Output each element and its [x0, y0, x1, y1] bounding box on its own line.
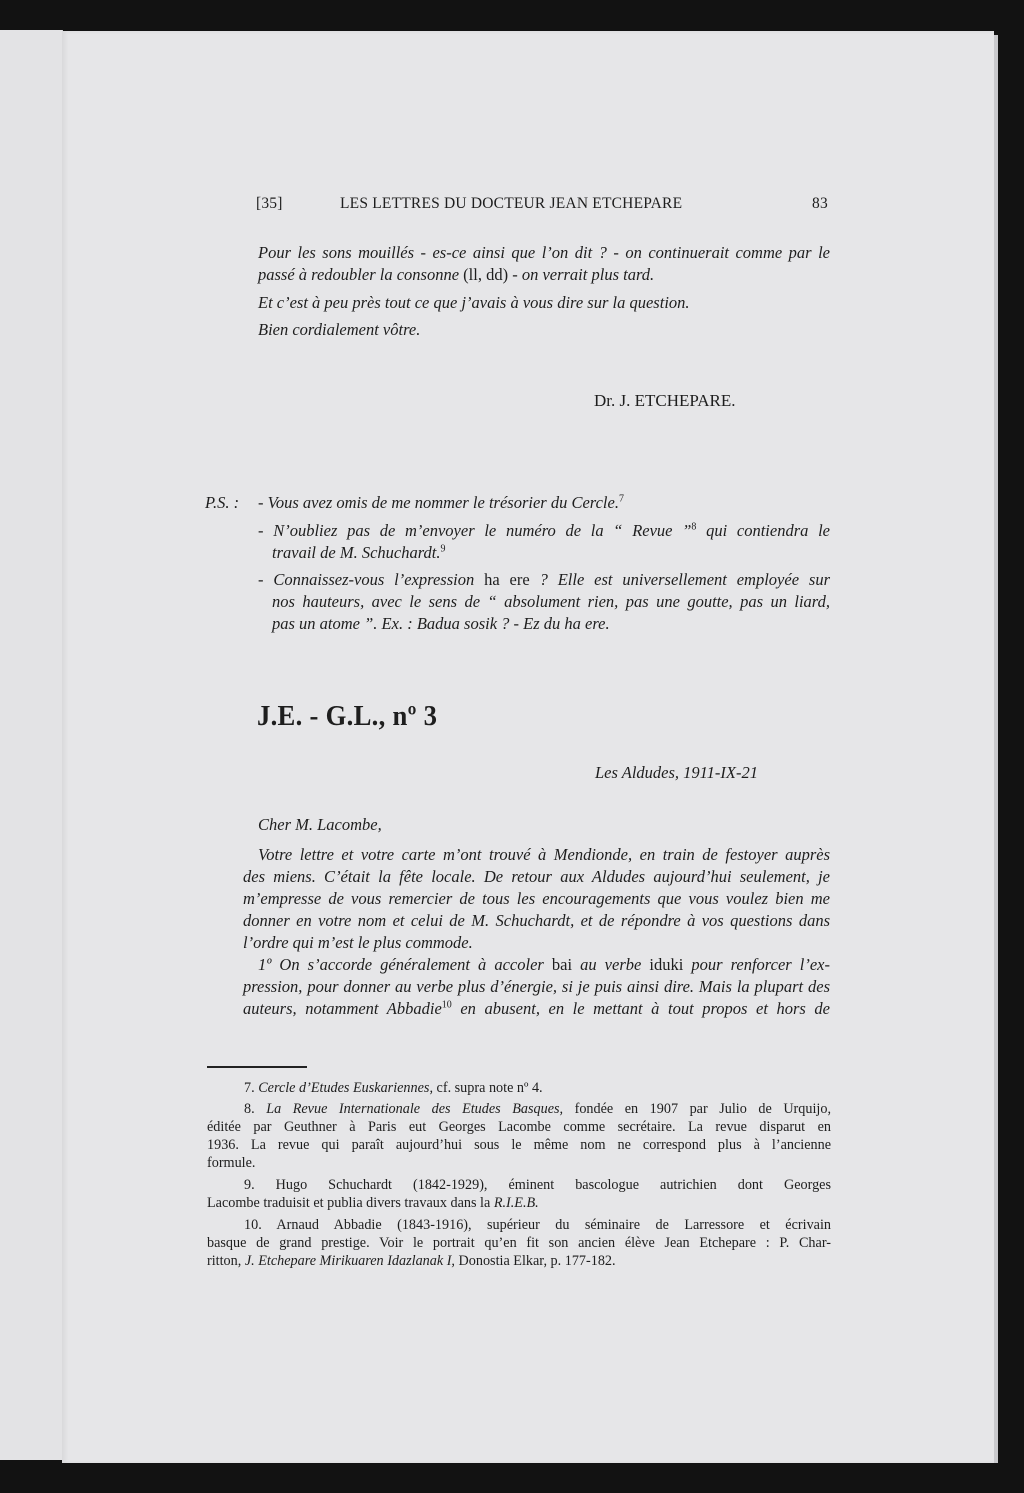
- body-line: Et c’est à peu près tout ce que j’avais …: [258, 293, 690, 313]
- footnote-8-cont: 1936. La revue qui paraît aujourd’hui so…: [207, 1137, 831, 1154]
- body-line: Pour les sons mouillés - es-ce ainsi que…: [258, 243, 830, 263]
- body-line: donner en votre nom et celui de M. Schuc…: [243, 911, 830, 931]
- page-bracket-number: [35]: [256, 195, 283, 213]
- text-span: cf. supra note nº 4.: [433, 1080, 543, 1096]
- text-span: 7.: [244, 1080, 258, 1096]
- text-span: Donostia Elkar, p. 177-182.: [455, 1253, 616, 1269]
- ps-label: P.S. :: [205, 493, 239, 513]
- text-span: - Vous avez omis de me nommer le trésori…: [258, 493, 619, 512]
- text-span: au verbe: [572, 955, 649, 974]
- text-span: - Connaissez-vous l’expression: [258, 570, 484, 589]
- body-line: passé à redoubler la consonne (ll, dd) -…: [258, 265, 654, 285]
- text-span: fondée en 1907 par Julio de Urquijo,: [563, 1101, 831, 1117]
- facing-page-edge: [0, 30, 63, 1460]
- ps-item-cont: nos hauteurs, avec le sens de “ absolume…: [272, 592, 830, 612]
- ps-item-cont: pas un atome ”. Ex. : Badua sosik ? - Ez…: [272, 614, 610, 634]
- text-span: - on verrait plus tard.: [512, 265, 654, 284]
- text-span: en abusent, en le mettant à tout propos …: [452, 999, 830, 1018]
- text-span: auteurs, notamment Abbadie: [243, 999, 442, 1018]
- text-span: J. Etchepare Mirikuaren Idazlanak I,: [245, 1253, 455, 1269]
- footnote-8: 8. La Revue Internationale des Etudes Ba…: [244, 1101, 831, 1118]
- footnote-10-cont: ritton, J. Etchepare Mirikuaren Idazlana…: [207, 1253, 616, 1270]
- text-span: Lacombe traduisit et publia divers trava…: [207, 1195, 494, 1211]
- ps-item-cont: travail de M. Schuchardt.9: [272, 543, 445, 563]
- text-span: Cercle d’Etudes Euskariennes,: [258, 1080, 433, 1096]
- footnote-ref: 10: [442, 1000, 452, 1011]
- place-date: Les Aldudes, 1911-IX-21: [595, 763, 758, 783]
- text-span: 1º On s’accorde généralement à accoler: [258, 955, 552, 974]
- text-span: La Revue Internationale des Etudes Basqu…: [266, 1101, 563, 1117]
- body-line: Votre lettre et votre carte m’ont trouvé…: [258, 845, 830, 865]
- text-span: - N’oubliez pas de m’envoyer le numéro d…: [258, 521, 691, 540]
- body-line: pression, pour donner au verbe plus d’én…: [243, 977, 830, 997]
- running-title: LES LETTRES DU DOCTEUR JEAN ETCHEPARE: [340, 195, 682, 213]
- footnote-8-cont: formule.: [207, 1155, 255, 1172]
- footnote-ref: 9: [440, 544, 445, 555]
- footnote-ref: 7: [619, 494, 624, 505]
- footnote-10-cont: basque de grand prestige. Voir le portra…: [207, 1235, 831, 1252]
- footnote-7: 7. Cercle d’Etudes Euskariennes, cf. sup…: [244, 1080, 543, 1097]
- text-span: (ll, dd): [459, 265, 512, 284]
- basque-term: ha ere: [484, 570, 530, 589]
- text-span: ritton,: [207, 1253, 245, 1269]
- page-number: 83: [812, 195, 828, 213]
- text-span: R.I.E.B.: [494, 1195, 539, 1211]
- footnote-divider: [207, 1066, 307, 1068]
- text-span: qui contiendra le: [696, 521, 830, 540]
- basque-term: iduki: [649, 955, 683, 974]
- footnote-10: 10. Arnaud Abbadie (1843-1916), supérieu…: [244, 1217, 831, 1234]
- text-span: passé à redoubler la consonne: [258, 265, 459, 284]
- ps-item: - Vous avez omis de me nommer le trésori…: [258, 493, 624, 513]
- footnote-9-cont: Lacombe traduisit et publia divers trava…: [207, 1195, 539, 1212]
- page-stack-edge: [994, 35, 998, 1463]
- ps-item: - N’oubliez pas de m’envoyer le numéro d…: [258, 521, 830, 541]
- body-line: m’empresse de vous remercier de tous les…: [243, 889, 830, 909]
- footnote-9: 9. Hugo Schuchardt (1842-1929), éminent …: [244, 1177, 831, 1194]
- body-line: Bien cordialement vôtre.: [258, 320, 420, 340]
- body-line: auteurs, notamment Abbadie10 en abusent,…: [243, 999, 830, 1019]
- text-span: ? Elle est universellement employée sur: [530, 570, 830, 589]
- body-line: des miens. C’était la fête locale. De re…: [243, 867, 830, 887]
- text-span: pour renforcer l’ex-: [683, 955, 830, 974]
- text-span: travail de M. Schuchardt.: [272, 543, 440, 562]
- body-line: l’ordre qui m’est le plus commode.: [243, 933, 473, 953]
- salutation: Cher M. Lacombe,: [258, 815, 382, 835]
- letter-heading: J.E. - G.L., nº 3: [257, 700, 437, 733]
- text-span: 8.: [244, 1101, 266, 1117]
- body-line: 1º On s’accorde généralement à accoler b…: [258, 955, 830, 975]
- basque-term: bai: [552, 955, 572, 974]
- footnote-8-cont: éditée par Geuthner à Paris eut Georges …: [207, 1119, 831, 1136]
- signature: Dr. J. ETCHEPARE.: [594, 391, 736, 411]
- ps-item: - Connaissez-vous l’expression ha ere ? …: [258, 570, 830, 590]
